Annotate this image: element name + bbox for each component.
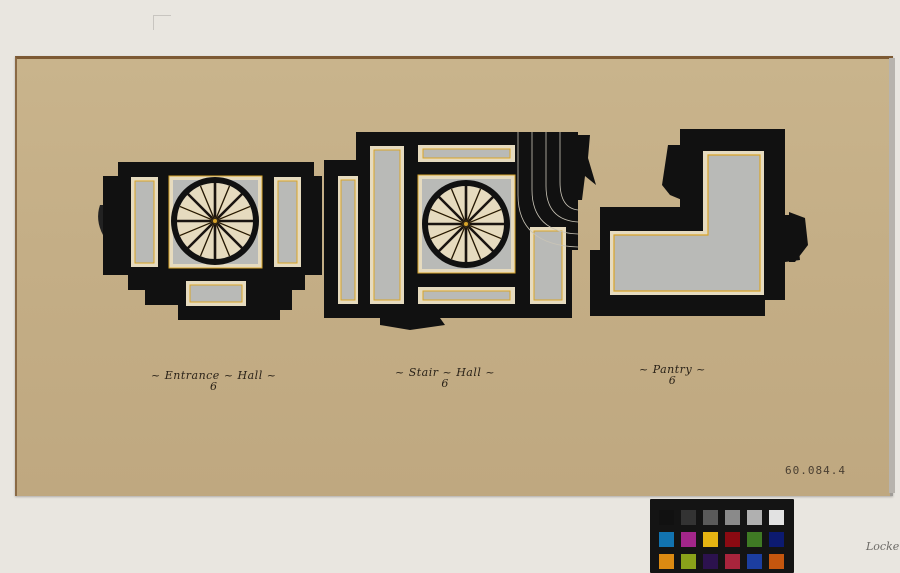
color-swatch [681, 532, 696, 547]
entrance-hall-plan [98, 162, 322, 320]
room-label-entrance-hall: ~ Entrance ~ Hall ~ 6 [151, 369, 276, 391]
room-label-pantry: ~ Pantry ~ 6 [639, 363, 706, 385]
color-swatch [747, 532, 762, 547]
color-swatch [703, 532, 718, 547]
color-swatch [725, 532, 740, 547]
color-swatch [703, 510, 718, 525]
color-swatch [725, 554, 740, 569]
color-swatch [769, 510, 784, 525]
color-calibration-card [650, 499, 794, 573]
color-swatch [747, 510, 762, 525]
margin-note: Locke [866, 540, 899, 553]
color-swatch [725, 510, 740, 525]
room-label-stair-hall: ~ Stair ~ Hall ~ 6 [395, 366, 495, 388]
color-swatch [769, 554, 784, 569]
color-swatch [659, 510, 674, 525]
color-swatch [747, 554, 762, 569]
accession-number: 60.084.4 [785, 464, 846, 477]
color-swatch [703, 554, 718, 569]
color-swatch [659, 532, 674, 547]
scale-mark: 6 [395, 380, 495, 388]
scale-mark: 6 [639, 377, 706, 385]
stair-hall-plan [324, 132, 596, 330]
color-swatch [681, 510, 696, 525]
color-swatch [681, 554, 696, 569]
color-swatch [659, 554, 674, 569]
pantry-plan [590, 129, 808, 316]
scale-mark: 6 [151, 383, 276, 391]
floor-plan-drawing [0, 0, 900, 573]
color-swatch [769, 532, 784, 547]
